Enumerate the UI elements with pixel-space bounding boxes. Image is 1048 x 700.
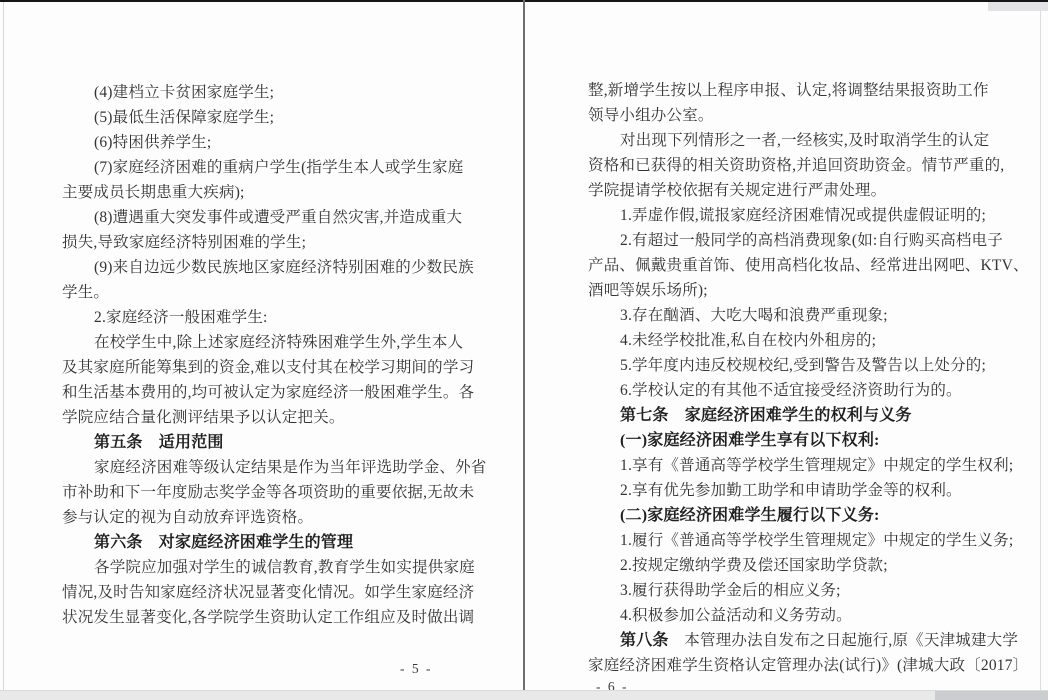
text-line: (一)家庭经济困难学生享有以下权利: bbox=[588, 428, 1006, 453]
text-line: 4.未经学校批准,私自在校内外租房的; bbox=[588, 328, 1006, 353]
horizontal-scrollbar-thumb[interactable] bbox=[935, 691, 1048, 700]
text-line: 领导小组办公室。 bbox=[588, 103, 1006, 128]
text-line: (8)遭遇重大突发事件或遭受严重自然灾害,并造成重大 bbox=[62, 205, 480, 230]
text-line: 和生活基本费用的,均可被认定为家庭经济一般困难学生。各 bbox=[62, 380, 480, 405]
text-line: 损失,导致家庭经济特别困难的学生; bbox=[62, 230, 480, 255]
text-line: (4)建档立卡贫困家庭学生; bbox=[62, 80, 480, 105]
document-viewer: (4)建档立卡贫困家庭学生;(5)最低生活保障家庭学生;(6)特困供养学生;(7… bbox=[0, 0, 1048, 700]
text-line: 2.家庭经济一般困难学生: bbox=[62, 305, 480, 330]
text-line: 各学院应加强对学生的诚信教育,教育学生如实提供家庭 bbox=[62, 555, 480, 580]
text-line: 第七条 家庭经济困难学生的权利与义务 bbox=[588, 403, 1006, 428]
article-number: 第八条 bbox=[620, 632, 669, 649]
text-line: 6.学校认定的有其他不适宜接受经济资助行为的。 bbox=[588, 378, 1006, 403]
text-line: 第五条 适用范围 bbox=[62, 430, 480, 455]
text-line: 参与认定的视为自动放弃评选资格。 bbox=[62, 505, 480, 530]
text-line: 家庭经济困难等级认定结果是作为当年评选助学金、外省 bbox=[62, 455, 480, 480]
horizontal-scrollbar[interactable] bbox=[0, 690, 1048, 700]
left-page-number: - 5 - bbox=[400, 661, 433, 677]
text-line: 3.存在酗酒、大吃大喝和浪费严重现象; bbox=[588, 303, 1006, 328]
text-line: 市补助和下一年度励志奖学金等各项资助的重要依据,无故未 bbox=[62, 480, 480, 505]
text-line: 资格和已获得的相关资助资格,并追回资助资金。情节严重的, bbox=[588, 153, 1006, 178]
text-line: 及其家庭所能筹集到的资金,难以支付其在校学习期间的学习 bbox=[62, 355, 480, 380]
text-line: 对出现下列情形之一者,一经核实,及时取消学生的认定 bbox=[588, 128, 1006, 153]
text-line: 家庭经济困难学生资格认定管理办法(试行)》(津城大政〔2017〕 bbox=[588, 653, 1006, 678]
text-line: 第六条 对家庭经济困难学生的管理 bbox=[62, 530, 480, 555]
text-line: 整,新增学生按以上程序申报、认定,将调整结果报资助工作 bbox=[588, 78, 1006, 103]
corner-shade bbox=[988, 2, 1048, 11]
page-divider bbox=[523, 0, 525, 692]
left-page-edge bbox=[3, 2, 4, 690]
left-page-text: (4)建档立卡贫困家庭学生;(5)最低生活保障家庭学生;(6)特困供养学生;(7… bbox=[62, 80, 480, 630]
text-line: 1.弄虚作假,谎报家庭经济困难情况或提供虚假证明的; bbox=[588, 203, 1006, 228]
text-line: 主要成员长期患重大疾病); bbox=[62, 180, 480, 205]
text-line: 学院应结合量化测评结果予以认定把关。 bbox=[62, 405, 480, 430]
text-line: 产品、佩戴贵重首饰、使用高档化妆品、经常进出网吧、KTV、 bbox=[588, 253, 1006, 278]
text-line: 5.学年度内违反校规校纪,受到警告及警告以上处分的; bbox=[588, 353, 1006, 378]
text-line: (二)家庭经济困难学生履行以下义务: bbox=[588, 503, 1006, 528]
text-line: 酒吧等娱乐场所); bbox=[588, 278, 1006, 303]
text-line: 1.享有《普通高等学校学生管理规定》中规定的学生权利; bbox=[588, 453, 1006, 478]
text-line: 4.积极参加公益活动和义务劳动。 bbox=[588, 603, 1006, 628]
text-line: 状况发生显著变化,各学院学生资助认定工作组应及时做出调 bbox=[62, 605, 480, 630]
right-page-edge bbox=[1040, 10, 1041, 690]
text-line: (5)最低生活保障家庭学生; bbox=[62, 105, 480, 130]
text-line: 在校学生中,除上述家庭经济特殊困难学生外,学生本人 bbox=[62, 330, 480, 355]
text-line: (7)家庭经济困难的重病户学生(指学生本人或学生家庭 bbox=[62, 155, 480, 180]
right-page-text: 整,新增学生按以上程序申报、认定,将调整结果报资助工作领导小组办公室。对出现下列… bbox=[588, 78, 1006, 678]
text-line: 2.按规定缴纳学费及偿还国家助学贷款; bbox=[588, 553, 1006, 578]
text-line: 1.履行《普通高等学校学生管理规定》中规定的学生义务; bbox=[588, 528, 1006, 553]
text-line: 情况,及时告知家庭经济状况显著变化情况。如学生家庭经济 bbox=[62, 580, 480, 605]
text-line: (9)来自边远少数民族地区家庭经济特别困难的少数民族 bbox=[62, 255, 480, 280]
text-line: 2.享有优先参加勤工助学和申请助学金等的权利。 bbox=[588, 478, 1006, 503]
text-line: 2.有超过一般同学的高档消费现象(如:自行购买高档电子 bbox=[588, 228, 1006, 253]
text-line: 第八条 本管理办法自发布之日起施行,原《天津城建大学 bbox=[588, 628, 1006, 653]
text-line: 学生。 bbox=[62, 280, 480, 305]
text-line: (6)特困供养学生; bbox=[62, 130, 480, 155]
text-line: 学院提请学校依据有关规定进行严肃处理。 bbox=[588, 178, 1006, 203]
text-line: 3.履行获得助学金后的相应义务; bbox=[588, 578, 1006, 603]
